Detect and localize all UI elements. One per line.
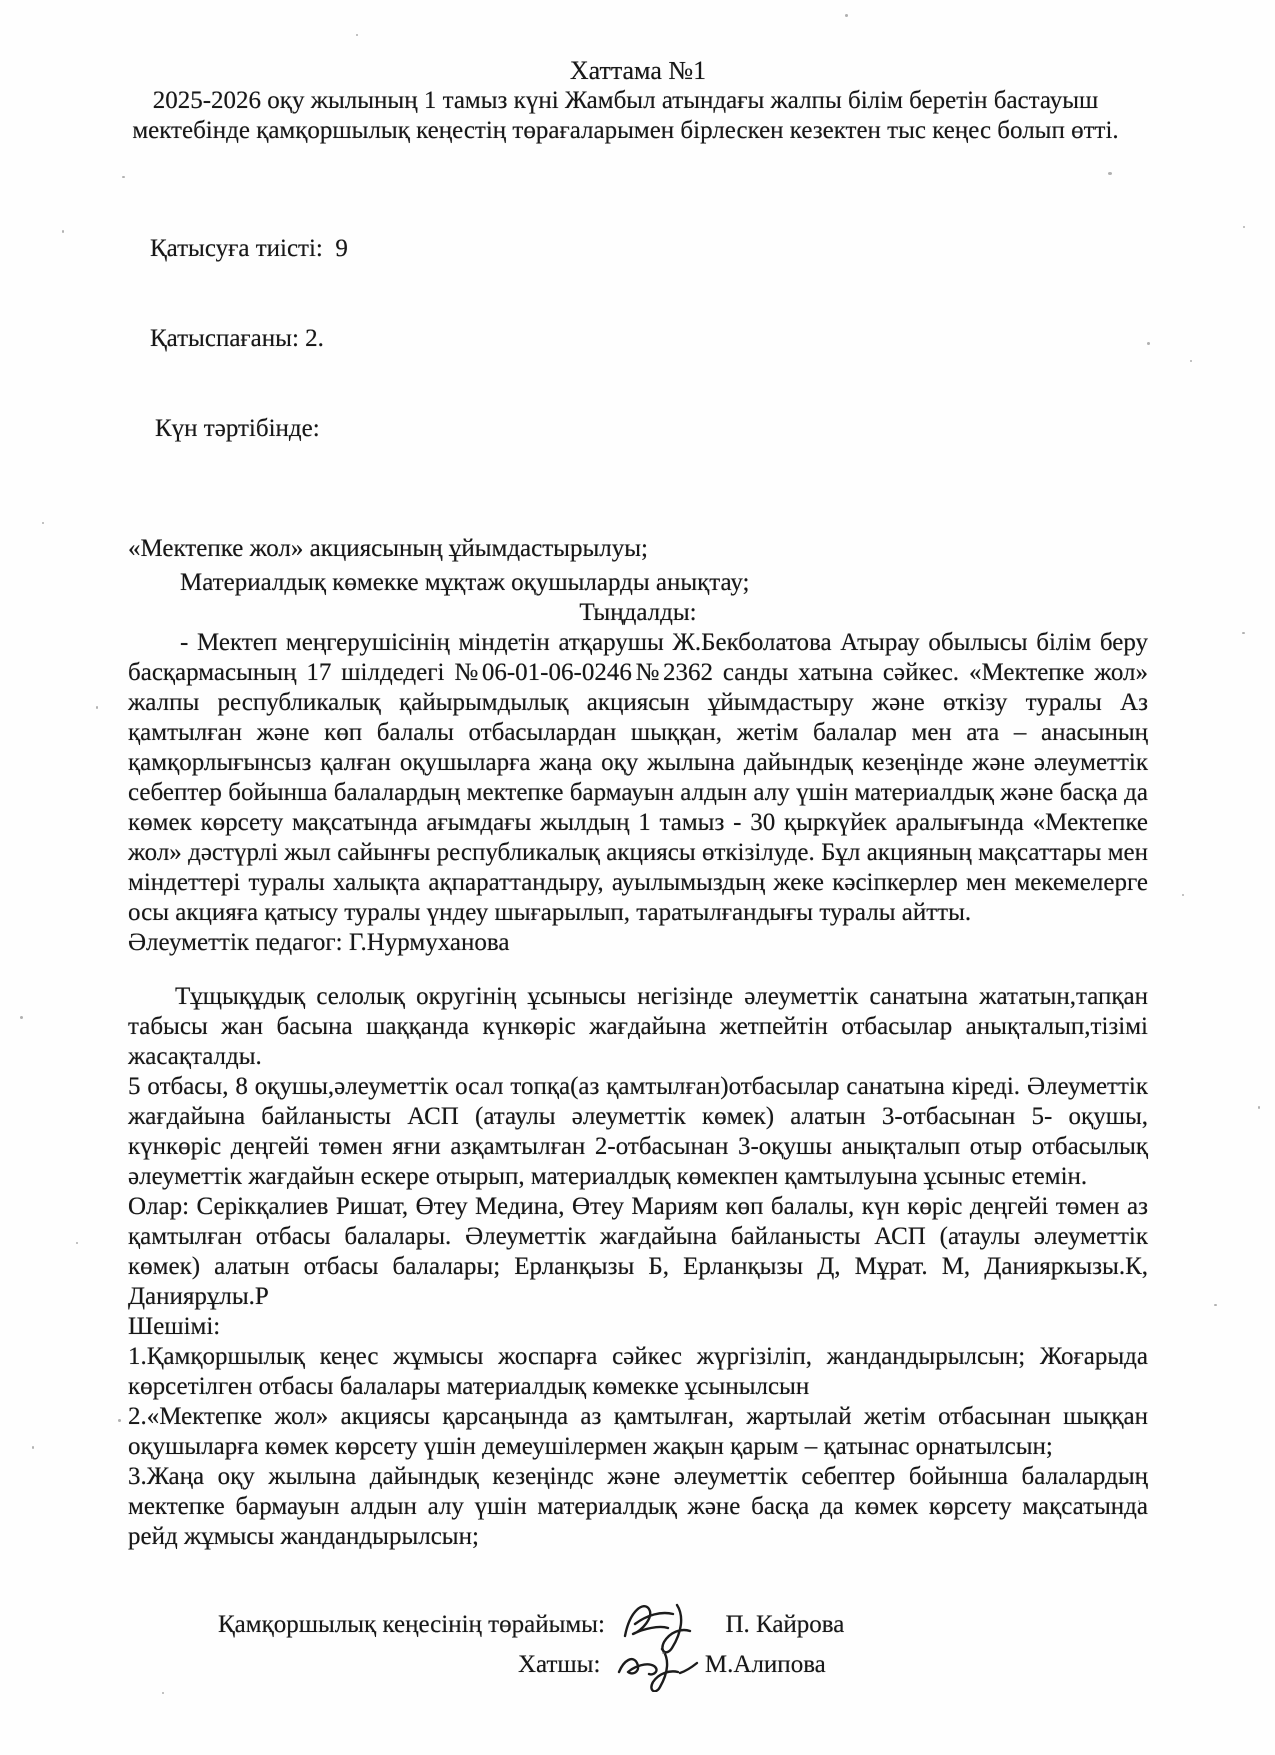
chair-signature-label: Қамқоршылық кеңесінің төрайымы: [218,1611,605,1638]
scan-speckle [1214,1304,1217,1306]
social-pedagog-report: Тұщықұдық селолық округінің ұсынысы негі… [128,982,1148,1312]
scan-speckle [162,1692,164,1694]
scanned-protocol-page: Хаттама №1 2025-2026 оқу жылының 1 тамыз… [0,0,1275,1755]
scan-speckle [1242,632,1245,634]
secretary-signature-name: М.Алипова [705,1651,826,1678]
heard-paragraph: - Мектеп меңгерушісінің міндетін атқаруш… [128,628,1148,928]
attendance-required-line: Қатысуға тиісті: 9 [150,234,1148,264]
social-paragraph-3: Олар: Серікқалиев Ришат, Өтеу Медина, Өт… [128,1192,1148,1312]
scan-speckle [122,176,125,178]
scan-speckle [76,1242,78,1244]
attendance-block: Қатысуға тиісті: 9 Қатыспағаны: 2. Күн т… [150,174,1148,504]
decision-item-3: 3.Жаңа оқу жылына дайындық кезеңіндс жән… [128,1462,1148,1552]
scan-speckle [20,1016,23,1019]
scan-speckle [650,762,653,764]
chair-signature-row: Қамқоршылық кеңесінің төрайымы: П. Кайро… [218,1610,1148,1640]
scan-speckle [96,706,98,709]
scan-speckle [1243,226,1245,228]
scan-speckle [356,34,358,36]
scan-speckle [42,522,44,524]
scan-speckle [662,1652,665,1654]
scan-speckle [1147,342,1150,345]
decision-item-2: 2.«Мектепке жол» акциясы қарсаңында аз қ… [128,1402,1148,1462]
document-subtitle: 2025-2026 оқу жылының 1 тамыз күні Жамбы… [128,86,1123,146]
social-paragraph-2: 5 отбасы, 8 оқушы,әлеуметтік осал топқа(… [128,1072,1148,1192]
attendance-absent-line: Қатыспағаны: 2. [150,324,1148,354]
scan-speckle [1108,172,1112,175]
scan-speckle [845,14,848,17]
agenda-heading: Күн тәртібінде: [155,414,1148,444]
chair-signature-name: П. Кайрова [725,1611,844,1638]
scan-speckle [62,230,64,233]
heard-heading: Тыңдалды: [128,598,1148,628]
scan-speckle [1258,1106,1260,1109]
scan-speckle [1138,1500,1140,1502]
agenda-item-2: Материалдық көмекке мұқтаж оқушыларды ан… [180,568,1148,598]
scan-speckle [1190,360,1192,362]
secretary-signature-handwriting [613,1638,705,1692]
document-title: Хаттама №1 [128,56,1148,86]
decision-item-1: 1.Қамқоршылық кеңес жұмысы жоспарға сәйк… [128,1342,1148,1402]
scan-speckle [118,1419,121,1422]
scan-speckle [32,1446,34,1449]
secretary-signature-label: Хатшы: [518,1651,600,1678]
decision-heading: Шешімі: [128,1312,1148,1342]
social-paragraph-1: Тұщықұдық селолық округінің ұсынысы негі… [128,982,1148,1072]
decisions-block: 1.Қамқоршылық кеңес жұмысы жоспарға сәйк… [128,1342,1148,1552]
scan-speckle [1182,894,1184,896]
secretary-signature-row: Хатшы: М.Алипова [518,1650,1148,1680]
social-pedagog-line: Әлеуметтік педагог: Г.Нурмуханова [128,928,1148,958]
agenda-item-1: «Мектепке жол» акциясының ұйымдастырылуы… [128,534,1148,564]
